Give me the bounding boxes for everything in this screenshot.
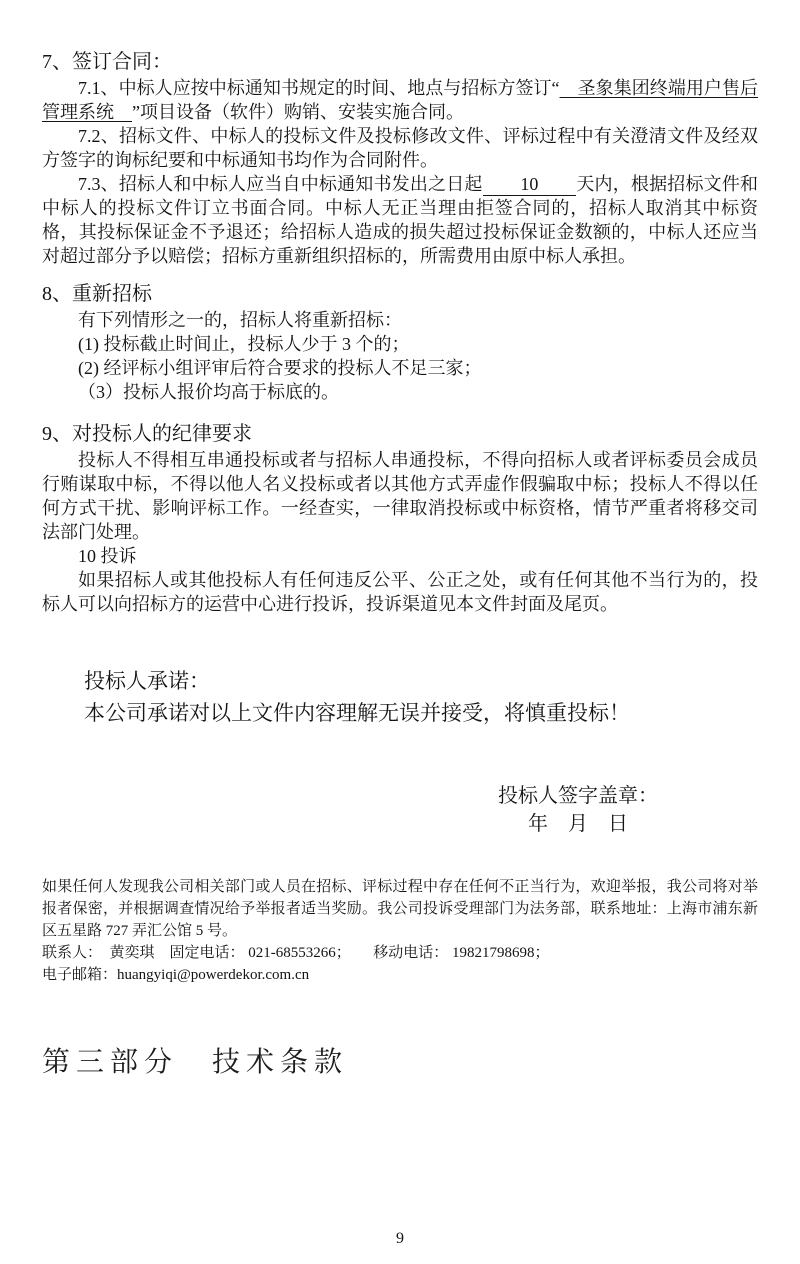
paragraph-7-3: 7.3、招标人和中标人应当自中标通知书发出之日起10天内，根据招标文件和中标人的… <box>42 172 758 268</box>
paragraph-7-1: 7.1、中标人应按中标通知书规定的时间、地点与招标方签订“ 圣象集团终端用户售后… <box>42 76 758 124</box>
section-8-intro: 有下列情形之一的，招标人将重新招标： <box>42 308 758 332</box>
report-notice-block: 如果任何人发现我公司相关部门或人员在招标、评标过程中存在任何不正当行为，欢迎举报… <box>42 876 758 986</box>
report-notice-text: 如果任何人发现我公司相关部门或人员在招标、评标过程中存在任何不正当行为，欢迎举报… <box>42 876 758 942</box>
section-9-heading: 9、对投标人的纪律要求 <box>42 420 758 448</box>
pledge-title: 投标人承诺： <box>84 666 758 698</box>
paragraph-7-2: 7.2、招标文件、中标人的投标文件及投标修改文件、评标过程中有关澄清文件及经双方… <box>42 124 758 172</box>
paragraph-7-3-prefix: 7.3、招标人和中标人应当自中标通知书发出之日起 <box>78 174 483 194</box>
page-number: 9 <box>42 1230 758 1254</box>
section-8-heading: 8、重新招标 <box>42 280 758 308</box>
section-10-heading: 10 投诉 <box>42 544 758 568</box>
rebid-condition-2: (2) 经评标小组评审后符合要求的投标人不足三家； <box>42 356 758 380</box>
paragraph-7-1-prefix: 7.1、中标人应按中标通知书规定的时间、地点与招标方签订“ <box>78 78 560 98</box>
paragraph-7-1-suffix: ”项目设备（软件）购销、安装实施合同。 <box>132 102 464 122</box>
paragraph-9-1: 投标人不得相互串通投标或者与招标人串通投标，不得向招标人或者评标委员会成员行贿谋… <box>42 448 758 544</box>
document-page: 7、签订合同： 7.1、中标人应按中标通知书规定的时间、地点与招标方签订“ 圣象… <box>0 0 800 1264</box>
signature-block: 投标人签字盖章： 年 月 日 <box>498 782 658 838</box>
paragraph-10-1: 如果招标人或其他投标人有任何违反公平、公正之处，或有任何其他不当行为的，投标人可… <box>42 568 758 616</box>
contract-days-blank: 10 <box>483 174 577 196</box>
part-three-heading: 第三部分 技术条款 <box>42 1042 758 1082</box>
section-7-heading: 7、签订合同： <box>42 48 758 76</box>
contact-email-line: 电子邮箱：huangyiqi@powerdekor.com.cn <box>42 964 758 986</box>
signature-seal-label: 投标人签字盖章： <box>498 782 658 810</box>
rebid-condition-1: (1) 投标截止时间止，投标人少于 3 个的； <box>42 332 758 356</box>
bidder-pledge-block: 投标人承诺： 本公司承诺对以上文件内容理解无误并接受，将慎重投标！ <box>84 666 758 730</box>
contact-info-line: 联系人： 黄奕琪 固定电话： 021-68553266； 移动电话： 19821… <box>42 942 758 964</box>
rebid-condition-3: （3）投标人报价均高于标底的。 <box>42 380 758 404</box>
signature-date-label: 年 月 日 <box>498 810 658 838</box>
pledge-statement: 本公司承诺对以上文件内容理解无误并接受，将慎重投标！ <box>84 698 758 730</box>
